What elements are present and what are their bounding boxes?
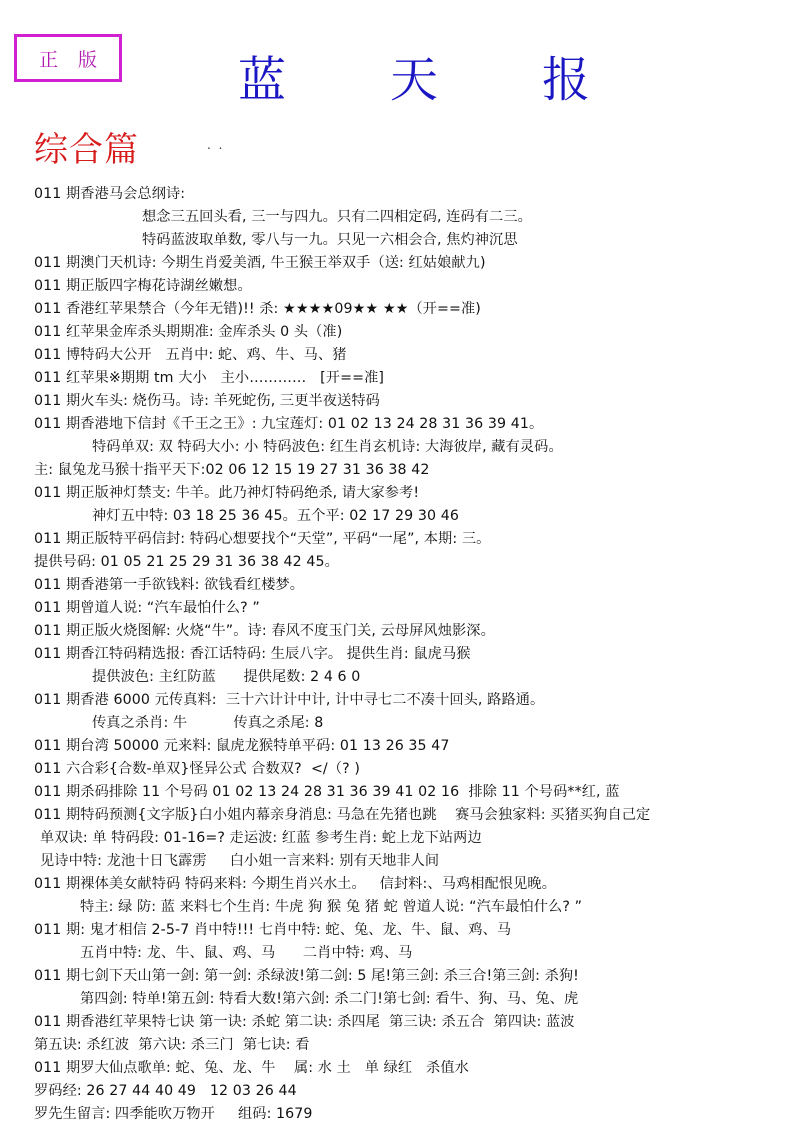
- text-line: 提供号码: 01 05 21 25 29 31 36 38 42 45。: [34, 551, 789, 574]
- text-line: 罗码经: 26 27 44 40 49 12 03 26 44: [34, 1080, 789, 1103]
- text-line: 第五诀: 杀红波 第六诀: 杀三门 第七诀: 看: [34, 1034, 789, 1057]
- text-line: 011 期澳门天机诗: 今期生肖爱美酒, 牛王猴王举双手（送: 红姑娘献九): [34, 252, 789, 275]
- text-line: 特主: 绿 防: 蓝 来料七个生肖: 牛虎 狗 猴 兔 猪 蛇 曾道人说: “汽…: [34, 896, 789, 919]
- text-line: 011 期香港红苹果特七诀 第一诀: 杀蛇 第二诀: 杀四尾 第三诀: 杀五合 …: [34, 1011, 789, 1034]
- text-line: 011 期裸体美女献特码 特码来料: 今期生肖兴水土。 信封料:、马鸡相配恨见晚…: [34, 873, 789, 896]
- text-line: 011 期: 鬼才相信 2-5-7 肖中特!!! 七肖中特: 蛇、兔、龙、牛、鼠…: [34, 919, 789, 942]
- text-line: 011 红苹果金库杀头期期准: 金库杀头 0 头（准): [34, 321, 789, 344]
- decorative-dots: . .: [207, 138, 224, 152]
- text-line: 011 博特码大公开 五肖中: 蛇、鸡、牛、马、猪: [34, 344, 789, 367]
- text-line: 提供波色: 主红防蓝 提供尾数: 2 4 6 0: [34, 666, 789, 689]
- text-line: 011 期香港地下信封《千王之王》: 九宝莲灯: 01 02 13 24 28 …: [34, 413, 789, 436]
- text-line: 011 六合彩{合数-单双}怪异公式 合数双? </（? ): [34, 758, 789, 781]
- section-title: 综合篇: [34, 128, 139, 172]
- text-line: 011 期正版火烧图解: 火烧“牛”。诗: 春风不度玉门关, 云母屏风烛影深。: [34, 620, 789, 643]
- text-line: 见诗中特: 龙池十日飞霹雳 白小姐一言来料: 别有天地非人间: [34, 850, 789, 873]
- text-line: 神灯五中特: 03 18 25 36 45。五个平: 02 17 29 30 4…: [34, 505, 789, 528]
- text-line: 011 期香港马会总纲诗:: [34, 183, 789, 206]
- text-line: 想念三五回头看, 三一与四九。只有二四相定码, 连码有二三。: [34, 206, 789, 229]
- text-line: 罗先生留言: 四季能吹万物开 组码: 1679: [34, 1103, 789, 1122]
- text-line: 011 期正版特平码信封: 特码心想要找个“天堂”, 平码“一尾”, 本期: 三…: [34, 528, 789, 551]
- text-line: 011 期台湾 50000 元来料: 鼠虎龙猴特单平码: 01 13 26 35…: [34, 735, 789, 758]
- text-line: 011 期香港 6000 元传真料: 三十六计计中计, 计中寻七二不凑十回头, …: [34, 689, 789, 712]
- text-line: 主: 鼠兔龙马猴十指平天下:02 06 12 15 19 27 31 36 38…: [34, 459, 789, 482]
- text-line: 011 期火车头: 烧伤马。诗: 羊死蛇伤, 三更半夜送特码: [34, 390, 789, 413]
- text-line: 第四剑: 特单!第五剑: 特看大数!第六剑: 杀二门!第七剑: 看牛、狗、马、兔…: [34, 988, 789, 1011]
- text-line: 011 期七剑下天山第一剑: 第一剑: 杀绿波!第二剑: 5 尾!第三剑: 杀三…: [34, 965, 789, 988]
- masthead-char-2: 天: [390, 52, 438, 108]
- text-line: 特码单双: 双 特码大小: 小 特码波色: 红生肖玄机诗: 大海彼岸, 藏有灵码…: [34, 436, 789, 459]
- text-line: 011 期香港第一手欲钱料: 欲钱看红楼梦。: [34, 574, 789, 597]
- text-line: 011 期正版四字梅花诗湖丝嫩想。: [34, 275, 789, 298]
- text-line: 011 期香江特码精选报: 香江话特码: 生辰八字。 提供生肖: 鼠虎马猴: [34, 643, 789, 666]
- text-line: 011 期曾道人说: “汽车最怕什么? ”: [34, 597, 789, 620]
- text-line: 011 香港红苹果禁合（今年无错)!! 杀: ★★★★09★★ ★★（开==准): [34, 298, 789, 321]
- text-line: 五肖中特: 龙、牛、鼠、鸡、马 二肖中特: 鸡、马: [34, 942, 789, 965]
- text-line: 特码蓝波取单数, 零八与一九。只见一六相会合, 焦灼神沉思: [34, 229, 789, 252]
- masthead-char-1: 蓝: [238, 52, 286, 108]
- masthead-title: 蓝 天 报: [0, 52, 793, 108]
- text-line: 011 期正版神灯禁支: 牛羊。此乃神灯特码绝杀, 请大家参考!: [34, 482, 789, 505]
- text-line: 011 红苹果※期期 tm 大小 主小………… [开==准]: [34, 367, 789, 390]
- text-line: 011 期杀码排除 11 个号码 01 02 13 24 28 31 36 39…: [34, 781, 789, 804]
- text-line: 传真之杀肖: 牛 传真之杀尾: 8: [34, 712, 789, 735]
- text-line: 011 期特码预测{文字版}白小姐内幕亲身消息: 马急在先猪也跳 赛马会独家料:…: [34, 804, 789, 827]
- text-line: 单双诀: 单 特码段: 01-16=? 走运波: 红蓝 参考生肖: 蛇上龙下站两…: [34, 827, 789, 850]
- article-body: 011 期香港马会总纲诗:想念三五回头看, 三一与四九。只有二四相定码, 连码有…: [34, 183, 789, 1122]
- masthead-char-3: 报: [542, 52, 590, 108]
- text-line: 011 期罗大仙点歌单: 蛇、兔、龙、牛 属: 水 土 单 绿红 杀值水: [34, 1057, 789, 1080]
